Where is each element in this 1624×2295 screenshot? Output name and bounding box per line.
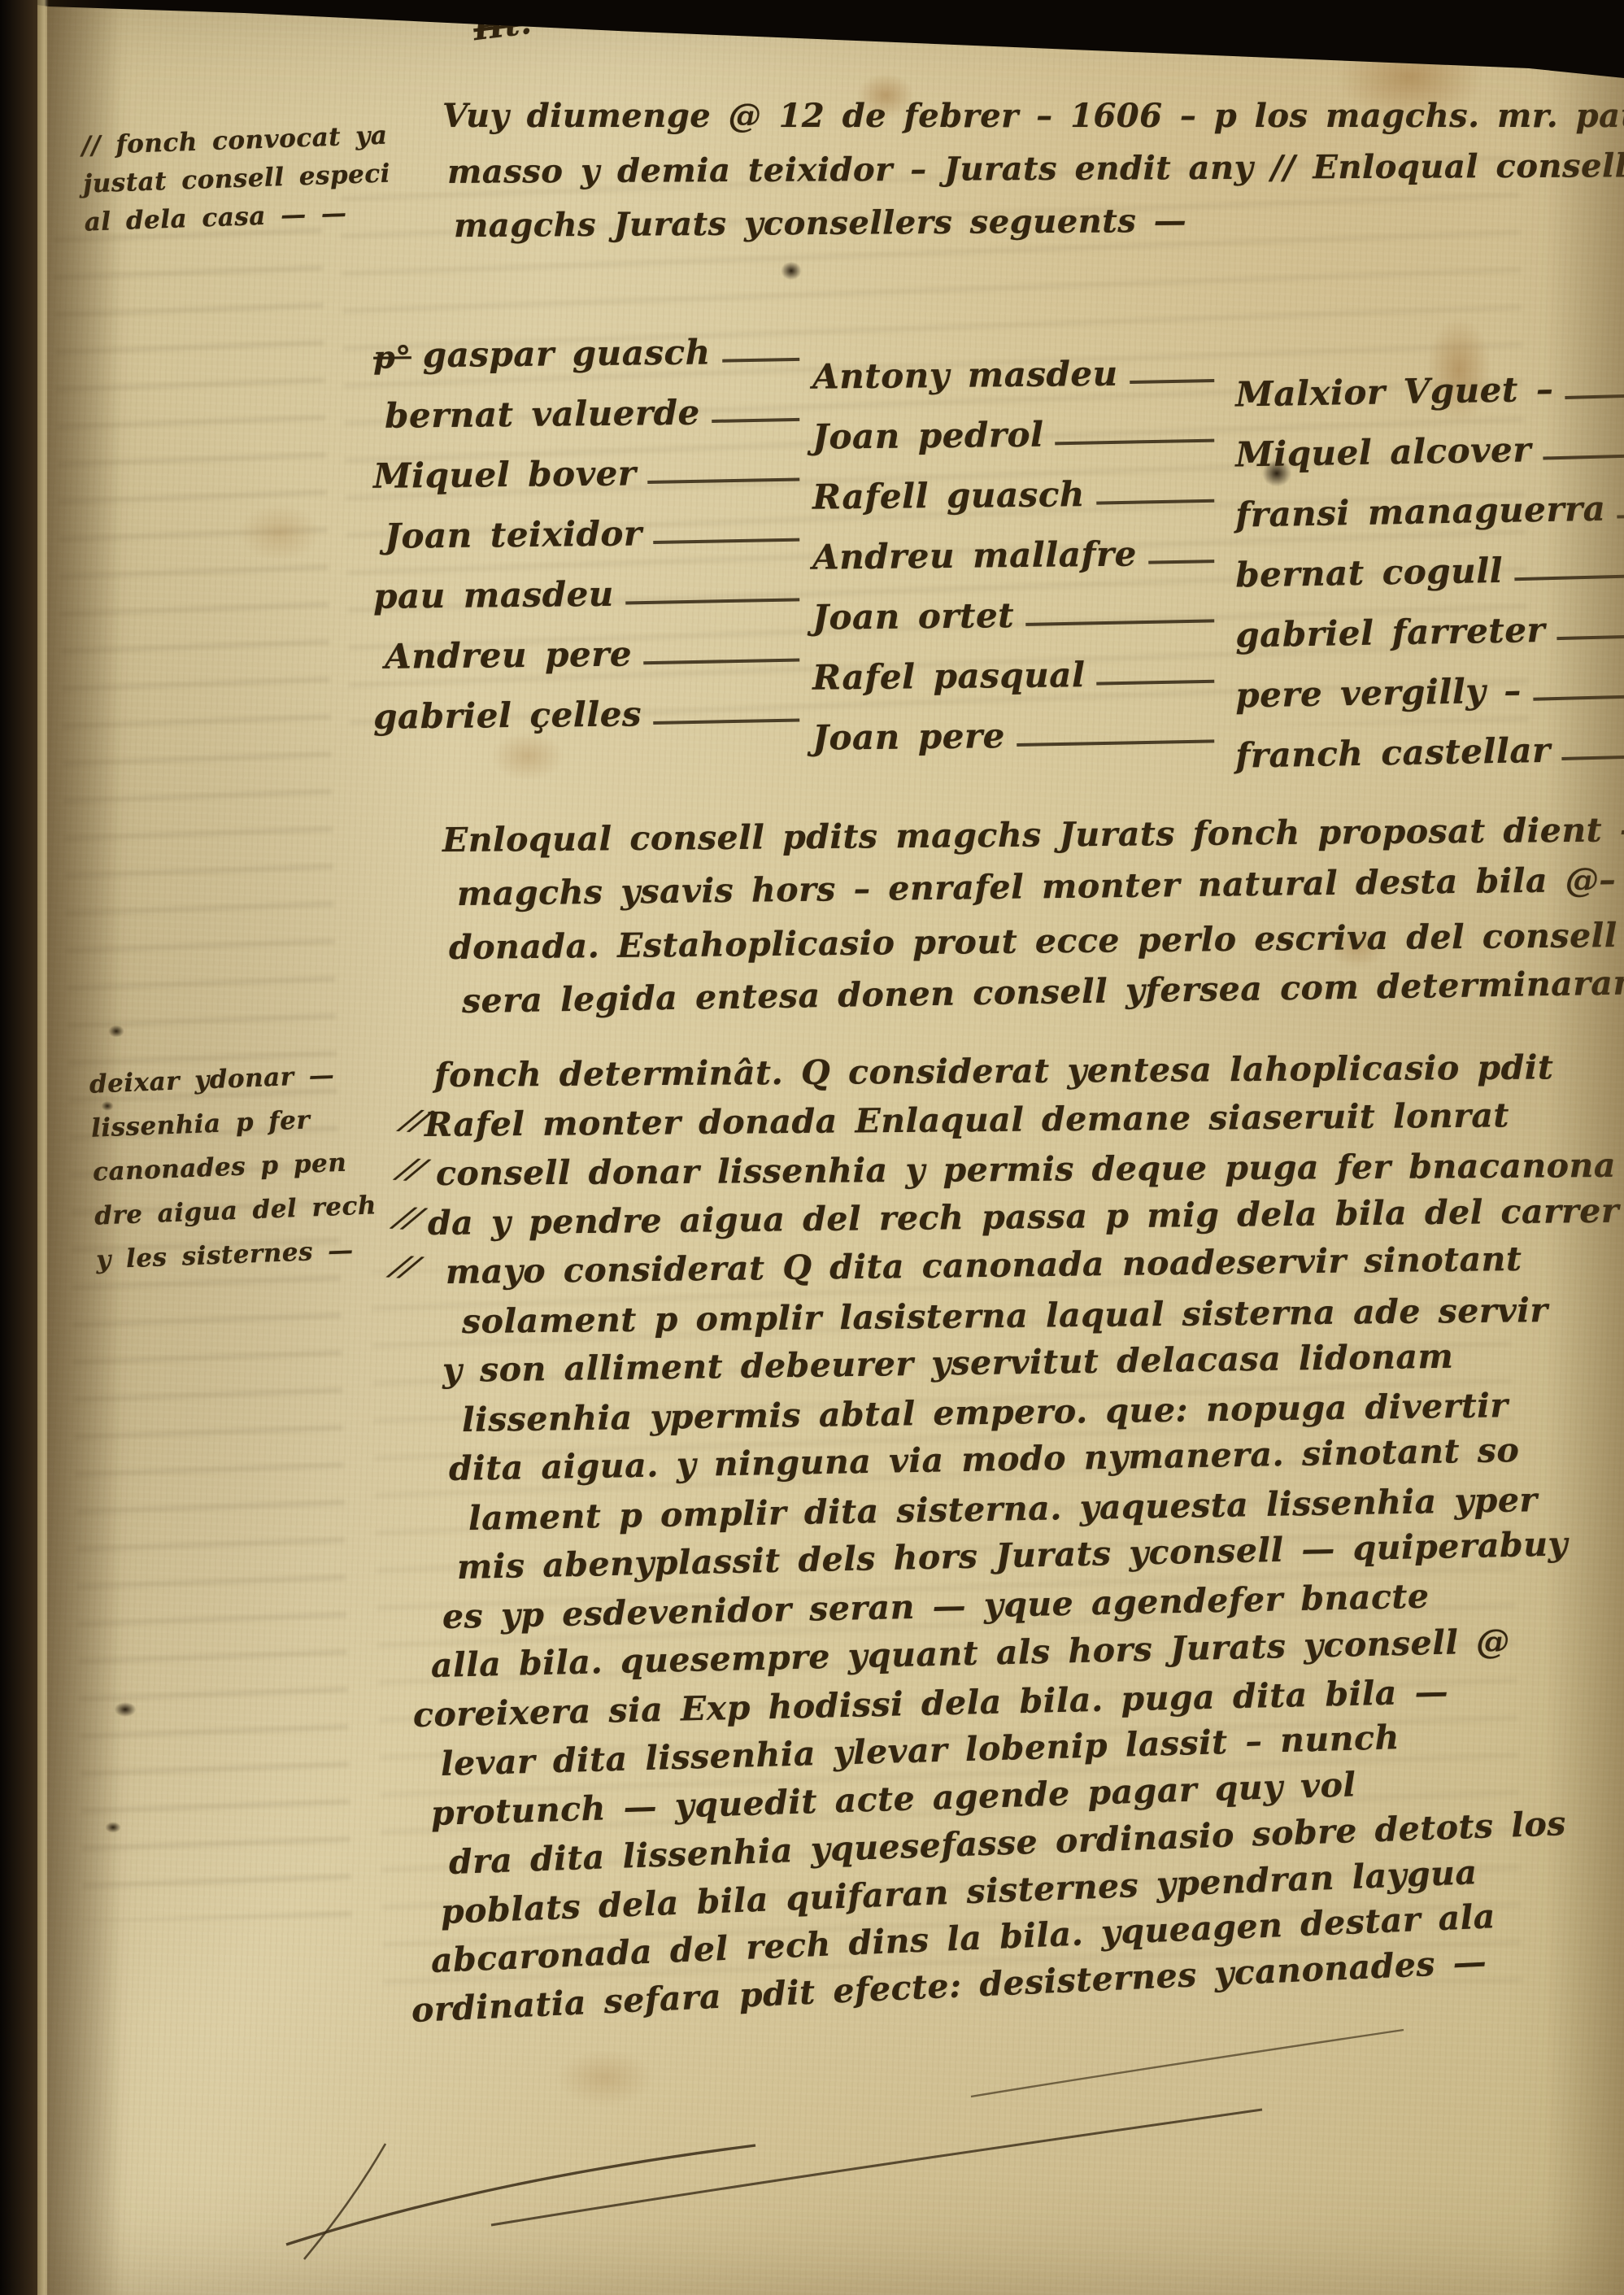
attendee-name: Rafel pasqual bbox=[812, 655, 1086, 698]
trailing-rule bbox=[1130, 379, 1215, 384]
attendee-name: Joan pedrol bbox=[812, 415, 1044, 457]
trailing-rule bbox=[1017, 739, 1214, 747]
attendee-row: bernat valuerde bbox=[385, 371, 805, 435]
manuscript-photo: 247 Ht. // fonch convocat ya justat cons… bbox=[0, 0, 1624, 2295]
margin-note-licence: deixar ydonar — lissenhia p fer canonade… bbox=[89, 1052, 379, 1282]
attendee-row: franch castellar bbox=[1234, 708, 1624, 775]
heading-line: Vuy diumenge @ 12 de febrer – 1606 – p l… bbox=[442, 89, 1624, 142]
stain bbox=[556, 2049, 654, 2106]
trailing-rule bbox=[1514, 574, 1624, 581]
trailing-rule bbox=[1056, 439, 1215, 446]
trailing-rule bbox=[1557, 634, 1624, 640]
attendee-name: gabriel çelles bbox=[373, 694, 642, 736]
attendee-name: Malxior Vguet – bbox=[1235, 369, 1554, 415]
heading-line: magchs Jurats yconsellers seguents — bbox=[454, 191, 1624, 252]
resolution-line: Rafel monter donada Enlaqual demane sias… bbox=[425, 1089, 1624, 1149]
attendee-name: fransi managuerra bbox=[1235, 489, 1606, 535]
attendee-name: Andreu mallafre bbox=[812, 533, 1137, 577]
attendee-list: p° gaspar guasch bernat valuerde Miquel … bbox=[373, 313, 1624, 772]
attendee-row: Andreu mallafre bbox=[812, 512, 1220, 577]
gutter-insertion-marks: // // // // bbox=[394, 1095, 429, 1291]
attendee-row: Joan ortet bbox=[812, 573, 1220, 637]
trailing-rule bbox=[643, 659, 799, 665]
attendee-name: gaspar guasch bbox=[422, 332, 710, 375]
attendee-row: fransi managuerra bbox=[1234, 467, 1624, 534]
attendee-column-2: Antony masdeu Joan pedrol Rafell guasch … bbox=[812, 334, 1219, 772]
proposal-paragraph: Enloqual consell pdits magchs Jurats fon… bbox=[442, 813, 1613, 1028]
attendee-row: Andreu pere bbox=[385, 612, 805, 676]
attendee-name: Miquel alcover bbox=[1235, 429, 1531, 474]
trailing-rule bbox=[1096, 680, 1214, 686]
trailing-rule bbox=[722, 358, 800, 363]
attendee-name: pere vergilly – bbox=[1235, 670, 1522, 715]
attendee-name: bernat cogull bbox=[1235, 551, 1504, 595]
attendee-row: Miquel alcover bbox=[1234, 407, 1624, 474]
attendee-row: Miquel bover bbox=[373, 431, 805, 496]
attendee-name: franch castellar bbox=[1235, 730, 1551, 776]
gutter-mark: // bbox=[381, 1243, 431, 1291]
attendee-name: Joan ortet bbox=[812, 595, 1014, 638]
trailing-rule bbox=[1617, 514, 1624, 518]
attendee-name: Antony masdeu bbox=[812, 354, 1118, 397]
attendee-row: Malxior Vguet – bbox=[1234, 346, 1624, 414]
attendee-row: gabriel farreter bbox=[1234, 587, 1624, 655]
trailing-rule bbox=[1533, 695, 1624, 701]
session-heading: Vuy diumenge @ 12 de febrer – 1606 – p l… bbox=[442, 89, 1624, 248]
attendee-prefix: p° bbox=[373, 338, 411, 375]
attendee-column-3: Malxior Vguet – Miquel alcover fransi ma… bbox=[1235, 351, 1624, 772]
book-binding bbox=[0, 0, 37, 2295]
attendee-row: Joan pedrol bbox=[812, 392, 1220, 456]
trailing-rule bbox=[653, 719, 799, 725]
attendee-row: pau masdeu bbox=[373, 551, 805, 616]
attendee-row: bernat cogull bbox=[1234, 527, 1624, 594]
attendee-name: gabriel farreter bbox=[1235, 610, 1546, 655]
ink-blot bbox=[777, 259, 805, 283]
trailing-rule bbox=[1096, 499, 1214, 505]
attendee-row: Antony masdeu bbox=[812, 332, 1220, 396]
attendee-row: p° gaspar guasch bbox=[373, 311, 805, 376]
attendee-name: Miquel bover bbox=[373, 453, 637, 495]
attendee-row: pere vergilly – bbox=[1234, 647, 1624, 715]
trailing-rule bbox=[712, 418, 800, 423]
trailing-rule bbox=[1148, 560, 1214, 564]
stain bbox=[239, 504, 320, 561]
attendee-row: Joan pere bbox=[812, 693, 1220, 757]
attendee-row: Rafell guasch bbox=[812, 452, 1220, 516]
attendee-row: gabriel çelles bbox=[373, 672, 805, 737]
gutter-shadow bbox=[47, 0, 120, 2295]
trailing-rule bbox=[1025, 619, 1214, 625]
attendee-row: Joan teixidor bbox=[385, 491, 805, 555]
heading-line: masso y demia teixidor – Jurats endit an… bbox=[447, 139, 1624, 198]
trailing-rule bbox=[1543, 454, 1624, 460]
trailing-rule bbox=[1562, 755, 1624, 760]
resolution-paragraph: fonch determinât. Q considerat yentesa l… bbox=[425, 1051, 1624, 2035]
attendee-name: bernat valuerde bbox=[385, 393, 700, 436]
attendee-column-1: p° gaspar guasch bernat valuerde Miquel … bbox=[373, 313, 804, 772]
attendee-name: Joan pere bbox=[812, 716, 1005, 757]
trailing-rule bbox=[648, 477, 800, 484]
attendee-row: Rafel pasqual bbox=[812, 633, 1220, 697]
attendee-name: Joan teixidor bbox=[385, 513, 642, 555]
margin-note-convocation: // fonch convocat ya justat consell espe… bbox=[81, 116, 393, 242]
manuscript-page: 247 Ht. // fonch convocat ya justat cons… bbox=[36, 0, 1624, 2295]
trailing-rule bbox=[625, 598, 799, 604]
trailing-rule bbox=[1565, 394, 1624, 399]
attendee-name: Andreu pere bbox=[385, 634, 632, 677]
attendee-name: pau masdeu bbox=[373, 574, 614, 616]
trailing-rule bbox=[654, 538, 800, 544]
attendee-name: Rafell guasch bbox=[812, 474, 1085, 517]
